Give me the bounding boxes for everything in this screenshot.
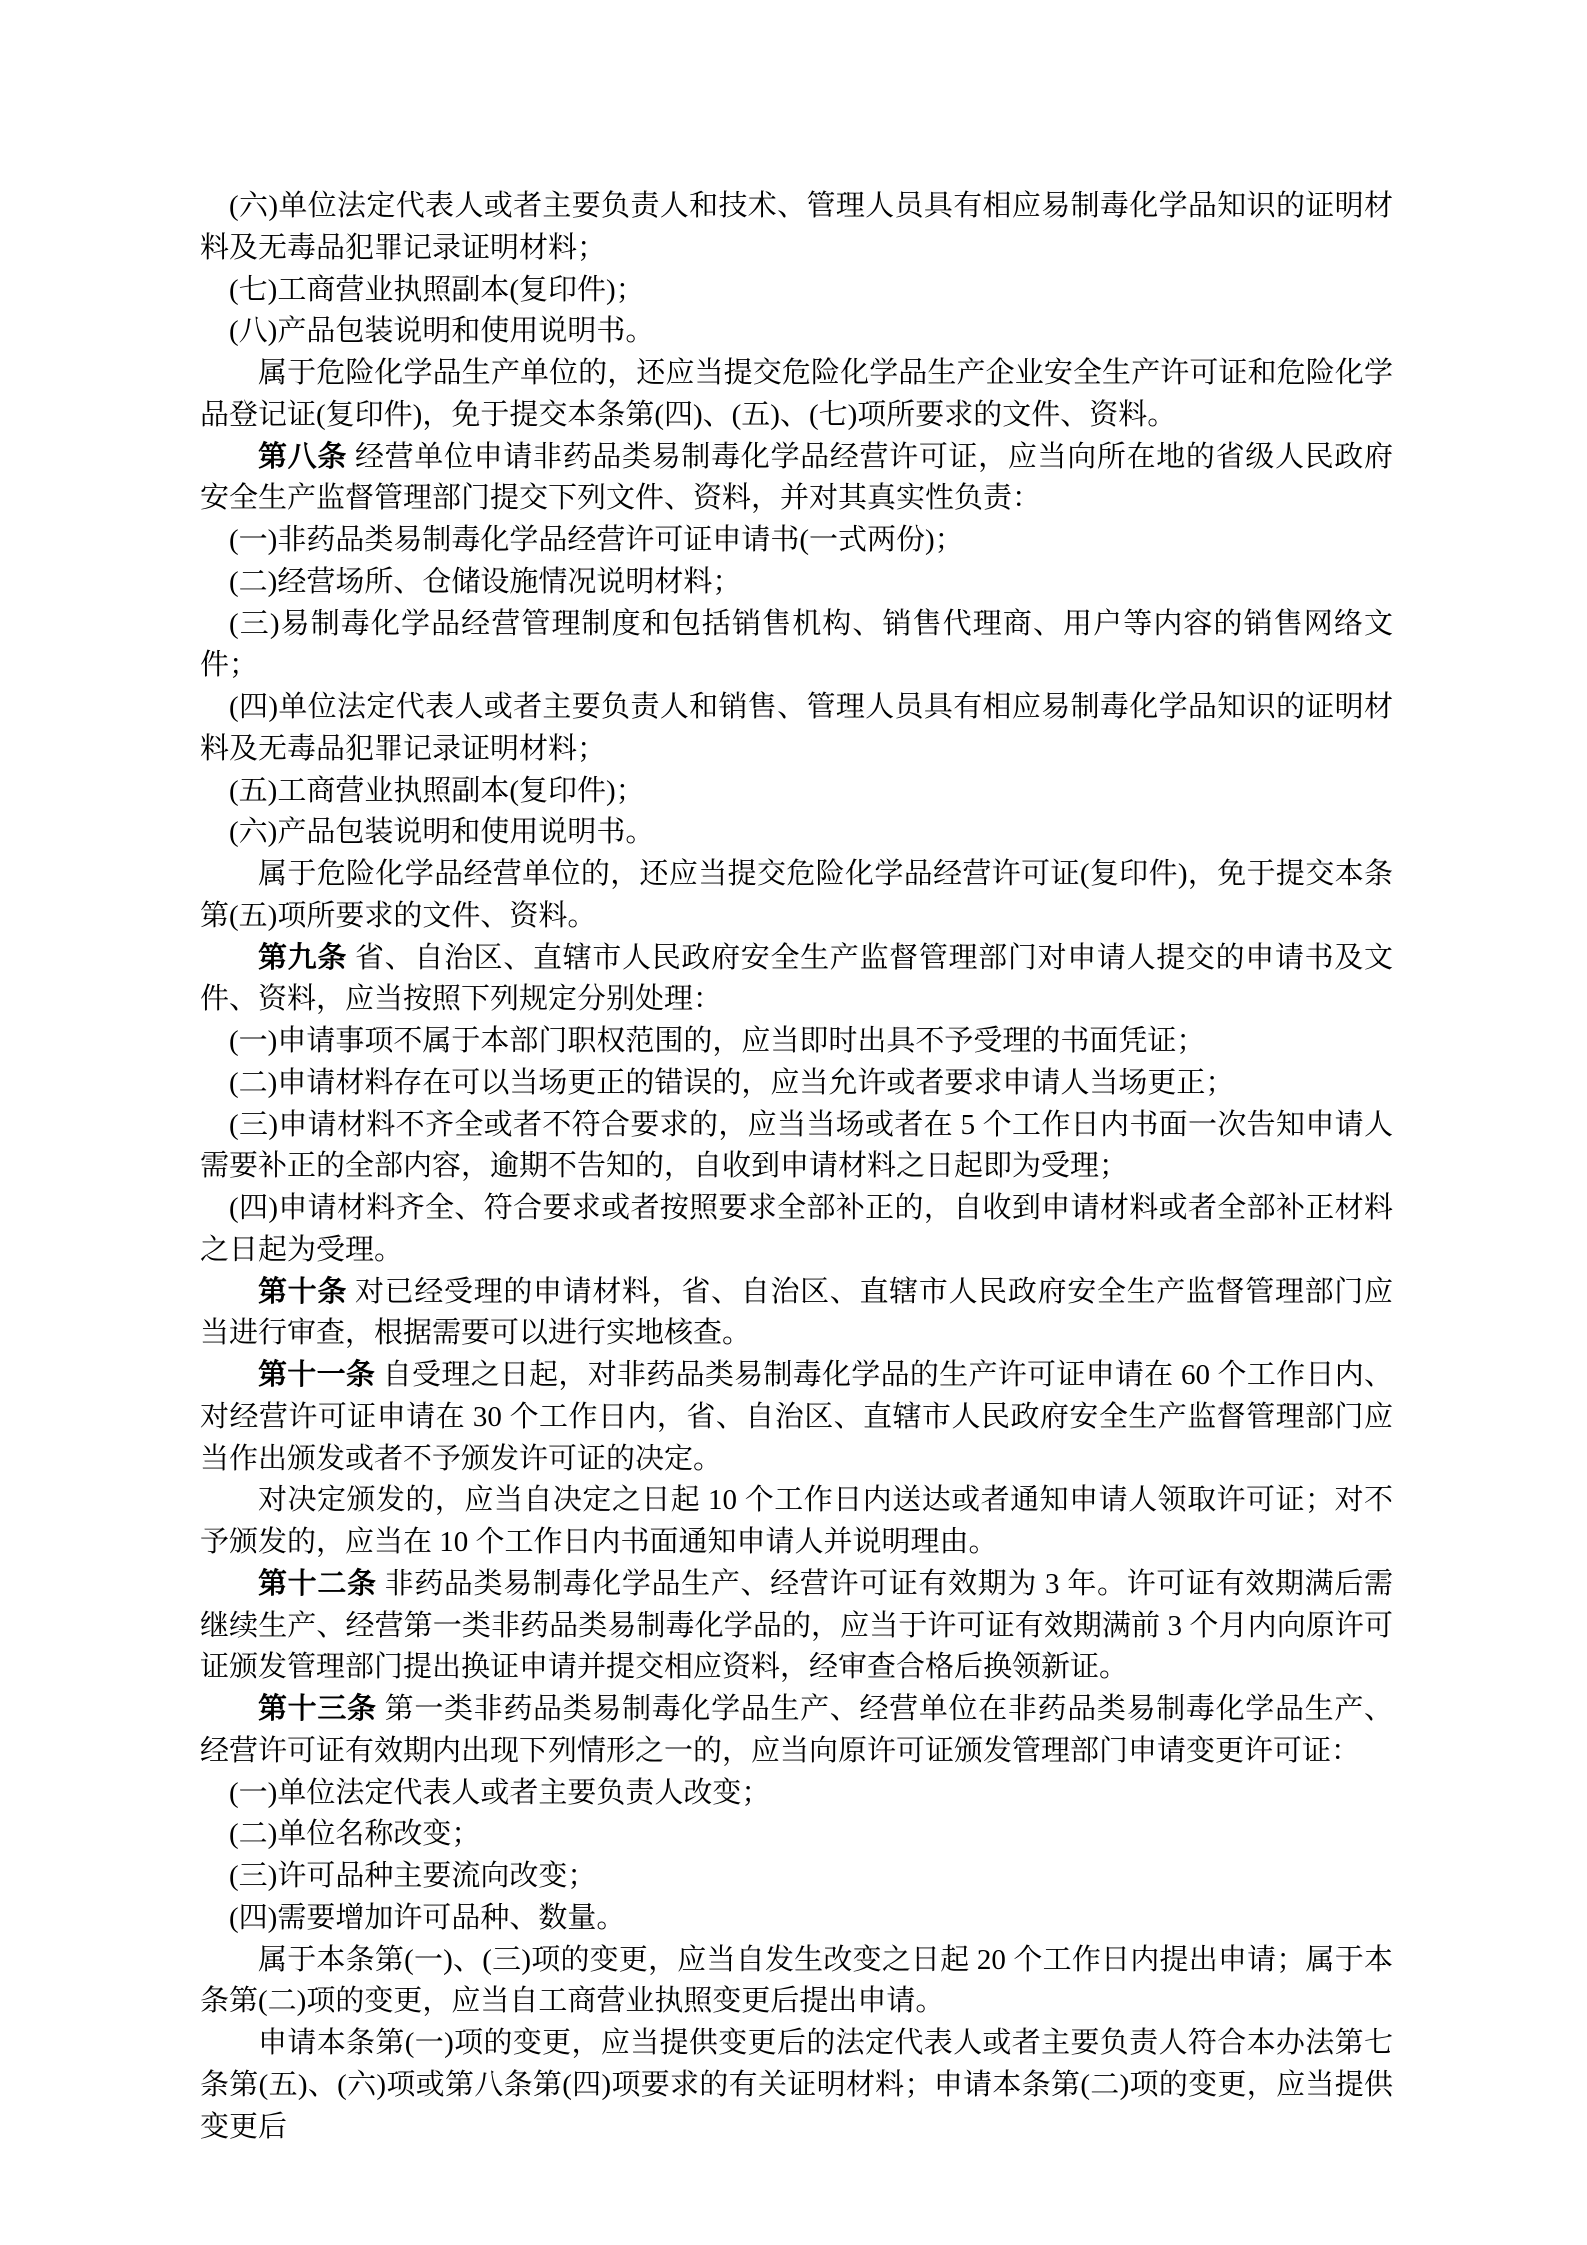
paragraph-text: 第一类非药品类易制毒化学品生产、经营单位在非药品类易制毒化学品生产、经营许可证有… [200, 1693, 1393, 1767]
paragraph-text: 对已经受理的申请材料，省、自治区、直辖市人民政府安全生产监督管理部门应当进行审查… [200, 1276, 1393, 1350]
paragraph-text: 属于危险化学品生产单位的，还应当提交危险化学品生产企业安全生产许可证和危险化学品… [200, 357, 1393, 431]
item-paragraph: (三)申请材料不齐全或者不符合要求的，应当当场或者在 5 个工作日内书面一次告知… [200, 1105, 1393, 1189]
paragraph-text: (一)非药品类易制毒化学品经营许可证申请书(一式两份)； [229, 524, 964, 556]
paragraph-text: (三)易制毒化学品经营管理制度和包括销售机构、销售代理商、用户等内容的销售网络文… [200, 608, 1393, 682]
paragraph-text: 对决定颁发的，应当自决定之日起 10 个工作日内送达或者通知申请人领取许可证；对… [200, 1484, 1393, 1558]
paragraph-text: 经营单位申请非药品类易制毒化学品经营许可证，应当向所在地的省级人民政府安全生产监… [200, 441, 1393, 515]
paragraph-text: (二)经营场所、仓储设施情况说明材料； [229, 566, 741, 598]
paragraph-text: (六)产品包装说明和使用说明书。 [229, 816, 654, 848]
paragraph-text: (一)申请事项不属于本部门职权范围的，应当即时出具不予受理的书面凭证； [229, 1025, 1205, 1057]
paragraph-text: 申请本条第(一)项的变更，应当提供变更后的法定代表人或者主要负责人符合本办法第七… [200, 2027, 1393, 2143]
item-paragraph: (六)产品包装说明和使用说明书。 [200, 812, 1393, 854]
article-number: 第十二条 [258, 1568, 377, 1600]
item-paragraph: (三)许可品种主要流向改变； [200, 1856, 1393, 1898]
paragraph-text: (四)申请材料齐全、符合要求或者按照要求全部补正的，自收到申请材料或者全部补正材… [200, 1192, 1393, 1266]
paragraph-text: (五)工商营业执照副本(复印件)； [229, 775, 645, 807]
paragraph-text: (二)申请材料存在可以当场更正的错误的，应当允许或者要求申请人当场更正； [229, 1067, 1234, 1099]
body-paragraph: 对决定颁发的，应当自决定之日起 10 个工作日内送达或者通知申请人领取许可证；对… [200, 1480, 1393, 1564]
item-paragraph: (三)易制毒化学品经营管理制度和包括销售机构、销售代理商、用户等内容的销售网络文… [200, 604, 1393, 688]
item-paragraph: (八)产品包装说明和使用说明书。 [200, 311, 1393, 353]
item-paragraph: (一)申请事项不属于本部门职权范围的，应当即时出具不予受理的书面凭证； [200, 1021, 1393, 1063]
paragraph-text: (三)申请材料不齐全或者不符合要求的，应当当场或者在 5 个工作日内书面一次告知… [200, 1109, 1393, 1183]
article-paragraph: 第十二条 非药品类易制毒化学品生产、经营许可证有效期为 3 年。许可证有效期满后… [200, 1564, 1393, 1689]
paragraph-text: (七)工商营业执照副本(复印件)； [229, 274, 645, 306]
article-paragraph: 第八条 经营单位申请非药品类易制毒化学品经营许可证，应当向所在地的省级人民政府安… [200, 437, 1393, 521]
paragraph-text: (三)许可品种主要流向改变； [229, 1860, 596, 1892]
paragraph-text: 属于本条第(一)、(三)项的变更，应当自发生改变之日起 20 个工作日内提出申请… [200, 1944, 1393, 2018]
item-paragraph: (四)单位法定代表人或者主要负责人和销售、管理人员具有相应易制毒化学品知识的证明… [200, 687, 1393, 771]
paragraph-text: (六)单位法定代表人或者主要负责人和技术、管理人员具有相应易制毒化学品知识的证明… [200, 190, 1393, 264]
article-number: 第十条 [258, 1276, 347, 1308]
item-paragraph: (七)工商营业执照副本(复印件)； [200, 270, 1393, 312]
item-paragraph: (二)申请材料存在可以当场更正的错误的，应当允许或者要求申请人当场更正； [200, 1063, 1393, 1105]
item-paragraph: (二)经营场所、仓储设施情况说明材料； [200, 562, 1393, 604]
body-paragraph: 属于危险化学品生产单位的，还应当提交危险化学品生产企业安全生产许可证和危险化学品… [200, 353, 1393, 437]
paragraph-text: (一)单位法定代表人或者主要负责人改变； [229, 1777, 770, 1809]
paragraph-text: 属于危险化学品经营单位的，还应当提交危险化学品经营许可证(复印件)，免于提交本条… [200, 858, 1393, 932]
body-paragraph: 属于本条第(一)、(三)项的变更，应当自发生改变之日起 20 个工作日内提出申请… [200, 1940, 1393, 2024]
item-paragraph: (六)单位法定代表人或者主要负责人和技术、管理人员具有相应易制毒化学品知识的证明… [200, 186, 1393, 270]
article-number: 第九条 [258, 942, 347, 974]
article-number: 第八条 [258, 441, 347, 473]
item-paragraph: (二)单位名称改变； [200, 1814, 1393, 1856]
paragraph-text: 自受理之日起，对非药品类易制毒化学品的生产许可证申请在 60 个工作日内、对经营… [200, 1359, 1393, 1475]
paragraph-text: 省、自治区、直辖市人民政府安全生产监督管理部门对申请人提交的申请书及文件、资料，… [200, 942, 1393, 1016]
article-paragraph: 第九条 省、自治区、直辖市人民政府安全生产监督管理部门对申请人提交的申请书及文件… [200, 938, 1393, 1022]
item-paragraph: (五)工商营业执照副本(复印件)； [200, 771, 1393, 813]
article-paragraph: 第十三条 第一类非药品类易制毒化学品生产、经营单位在非药品类易制毒化学品生产、经… [200, 1689, 1393, 1773]
paragraph-text: (二)单位名称改变； [229, 1818, 480, 1850]
paragraph-text: (八)产品包装说明和使用说明书。 [229, 315, 654, 347]
article-paragraph: 第十条 对已经受理的申请材料，省、自治区、直辖市人民政府安全生产监督管理部门应当… [200, 1272, 1393, 1356]
article-paragraph: 第十一条 自受理之日起，对非药品类易制毒化学品的生产许可证申请在 60 个工作日… [200, 1355, 1393, 1480]
item-paragraph: (四)申请材料齐全、符合要求或者按照要求全部补正的，自收到申请材料或者全部补正材… [200, 1188, 1393, 1272]
item-paragraph: (四)需要增加许可品种、数量。 [200, 1898, 1393, 1940]
article-number: 第十三条 [258, 1693, 377, 1725]
body-paragraph: 属于危险化学品经营单位的，还应当提交危险化学品经营许可证(复印件)，免于提交本条… [200, 854, 1393, 938]
article-number: 第十一条 [258, 1359, 375, 1391]
item-paragraph: (一)非药品类易制毒化学品经营许可证申请书(一式两份)； [200, 520, 1393, 562]
item-paragraph: (一)单位法定代表人或者主要负责人改变； [200, 1773, 1393, 1815]
body-paragraph: 申请本条第(一)项的变更，应当提供变更后的法定代表人或者主要负责人符合本办法第七… [200, 2023, 1393, 2148]
document-body: (六)单位法定代表人或者主要负责人和技术、管理人员具有相应易制毒化学品知识的证明… [200, 186, 1393, 2148]
document-page: (六)单位法定代表人或者主要负责人和技术、管理人员具有相应易制毒化学品知识的证明… [0, 0, 1587, 2245]
paragraph-text: 非药品类易制毒化学品生产、经营许可证有效期为 3 年。许可证有效期满后需继续生产… [200, 1568, 1393, 1684]
paragraph-text: (四)单位法定代表人或者主要负责人和销售、管理人员具有相应易制毒化学品知识的证明… [200, 691, 1393, 765]
paragraph-text: (四)需要增加许可品种、数量。 [229, 1902, 625, 1934]
